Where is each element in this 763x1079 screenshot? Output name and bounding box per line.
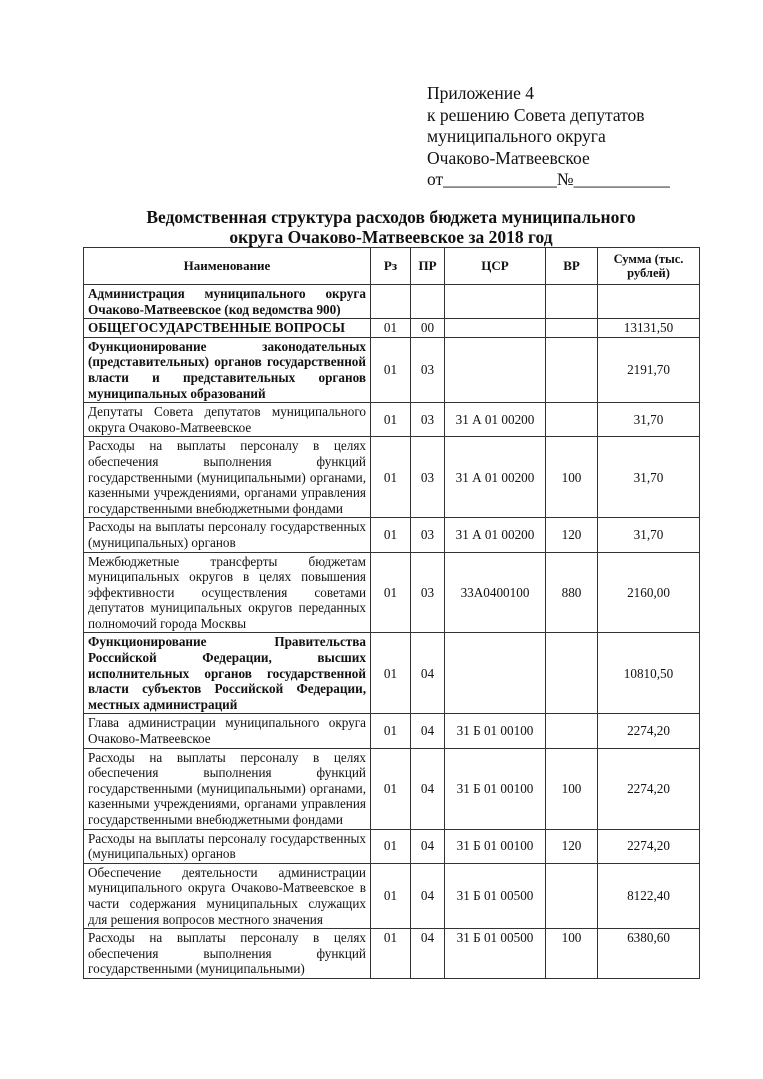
cell-sum: 13131,50 [598, 319, 700, 338]
cell-rz: 01 [371, 337, 411, 402]
appendix-line: к решению Совета депутатов [427, 105, 670, 127]
cell-rz: 01 [371, 714, 411, 748]
cell-pr: 04 [411, 714, 445, 748]
cell-rz: 01 [371, 863, 411, 928]
cell-name: Администрация муниципального округа Очак… [84, 285, 371, 319]
cell-pr: 04 [411, 829, 445, 863]
cell-sum [598, 285, 700, 319]
page-bottom-margin [0, 1038, 763, 1079]
cell-sum: 2160,00 [598, 552, 700, 633]
cell-vr [546, 285, 598, 319]
cell-rz: 01 [371, 829, 411, 863]
cell-vr [546, 633, 598, 714]
header-rz: Рз [371, 248, 411, 285]
cell-pr: 04 [411, 748, 445, 829]
cell-csr [445, 337, 546, 402]
table-row: ОБЩЕГОСУДАРСТВЕННЫЕ ВОПРОСЫ010013131,50 [84, 319, 700, 338]
cell-vr: 100 [546, 929, 598, 979]
cell-vr [546, 863, 598, 928]
cell-sum: 2274,20 [598, 829, 700, 863]
cell-sum: 8122,40 [598, 863, 700, 928]
cell-csr [445, 319, 546, 338]
document-title: Ведомственная структура расходов бюджета… [83, 207, 699, 247]
cell-rz: 01 [371, 929, 411, 979]
cell-rz [371, 285, 411, 319]
table-row: Межбюджетные трансферты бюджетам муницип… [84, 552, 700, 633]
cell-rz: 01 [371, 518, 411, 552]
cell-pr: 03 [411, 437, 445, 518]
cell-vr [546, 337, 598, 402]
cell-rz: 01 [371, 403, 411, 437]
table-row: Глава администрации муниципального округ… [84, 714, 700, 748]
cell-pr [411, 285, 445, 319]
table-header-row: Наименование Рз ПР ЦСР ВР Сумма (тыс. ру… [84, 248, 700, 285]
appendix-line: Очаково-Матвеевское [427, 148, 670, 170]
cell-vr [546, 403, 598, 437]
appendix-line: от_____________№___________ [427, 169, 670, 191]
cell-rz: 01 [371, 748, 411, 829]
cell-rz: 01 [371, 552, 411, 633]
cell-sum: 2274,20 [598, 748, 700, 829]
cell-csr: 31 Б 01 00100 [445, 714, 546, 748]
title-line-2: округа Очаково-Матвеевское за 2018 год [83, 227, 699, 247]
cell-sum: 2191,70 [598, 337, 700, 402]
budget-table: Наименование Рз ПР ЦСР ВР Сумма (тыс. ру… [83, 247, 700, 979]
table-row: Функционирование законодательных (предст… [84, 337, 700, 402]
cell-csr [445, 633, 546, 714]
cell-pr: 00 [411, 319, 445, 338]
table-row: Обеспечение деятельности администрации м… [84, 863, 700, 928]
cell-csr [445, 285, 546, 319]
cell-csr: 31 Б 01 00100 [445, 748, 546, 829]
cell-vr: 880 [546, 552, 598, 633]
cell-vr [546, 714, 598, 748]
cell-sum: 31,70 [598, 403, 700, 437]
cell-rz: 01 [371, 437, 411, 518]
cell-name: Функционирование Правительства Российско… [84, 633, 371, 714]
appendix-header: Приложение 4 к решению Совета депутатов … [427, 83, 670, 191]
cell-sum: 31,70 [598, 518, 700, 552]
header-vr: ВР [546, 248, 598, 285]
cell-name: ОБЩЕГОСУДАРСТВЕННЫЕ ВОПРОСЫ [84, 319, 371, 338]
cell-name: Депутаты Совета депутатов муниципального… [84, 403, 371, 437]
cell-name: Межбюджетные трансферты бюджетам муницип… [84, 552, 371, 633]
cell-csr: 31 А 01 00200 [445, 403, 546, 437]
appendix-line: муниципального округа [427, 126, 670, 148]
cell-csr: 31 Б 01 00500 [445, 929, 546, 979]
cell-csr: 33А0400100 [445, 552, 546, 633]
cell-vr: 100 [546, 437, 598, 518]
cell-rz: 01 [371, 319, 411, 338]
table-row: Функционирование Правительства Российско… [84, 633, 700, 714]
cell-csr: 31 Б 01 00100 [445, 829, 546, 863]
cell-pr: 03 [411, 518, 445, 552]
cell-csr: 31 Б 01 00500 [445, 863, 546, 928]
cell-pr: 03 [411, 552, 445, 633]
cell-vr [546, 319, 598, 338]
table-row: Расходы на выплаты персоналу в целях обе… [84, 929, 700, 979]
cell-vr: 120 [546, 518, 598, 552]
table-body: Администрация муниципального округа Очак… [84, 285, 700, 979]
cell-pr: 04 [411, 929, 445, 979]
cell-sum: 10810,50 [598, 633, 700, 714]
header-pr: ПР [411, 248, 445, 285]
cell-pr: 04 [411, 863, 445, 928]
cell-rz: 01 [371, 633, 411, 714]
table-row: Расходы на выплаты персоналу государстве… [84, 829, 700, 863]
cell-name: Функционирование законодательных (предст… [84, 337, 371, 402]
header-csr: ЦСР [445, 248, 546, 285]
table-row: Расходы на выплаты персоналу в целях обе… [84, 748, 700, 829]
cell-csr: 31 А 01 00200 [445, 437, 546, 518]
cell-sum: 31,70 [598, 437, 700, 518]
table-row: Расходы на выплаты персоналу в целях обе… [84, 437, 700, 518]
title-line-1: Ведомственная структура расходов бюджета… [83, 207, 699, 227]
cell-vr: 100 [546, 748, 598, 829]
cell-vr: 120 [546, 829, 598, 863]
header-name: Наименование [84, 248, 371, 285]
cell-pr: 04 [411, 633, 445, 714]
cell-pr: 03 [411, 403, 445, 437]
cell-pr: 03 [411, 337, 445, 402]
appendix-line: Приложение 4 [427, 83, 670, 105]
cell-sum: 6380,60 [598, 929, 700, 979]
cell-sum: 2274,20 [598, 714, 700, 748]
cell-name: Расходы на выплаты персоналу в целях обе… [84, 437, 371, 518]
cell-csr: 31 А 01 00200 [445, 518, 546, 552]
cell-name: Обеспечение деятельности администрации м… [84, 863, 371, 928]
table-row: Администрация муниципального округа Очак… [84, 285, 700, 319]
cell-name: Расходы на выплаты персоналу государстве… [84, 518, 371, 552]
table-row: Расходы на выплаты персоналу государстве… [84, 518, 700, 552]
cell-name: Расходы на выплаты персоналу в целях обе… [84, 929, 371, 979]
cell-name: Расходы на выплаты персоналу в целях обе… [84, 748, 371, 829]
header-sum: Сумма (тыс. рублей) [598, 248, 700, 285]
table-row: Депутаты Совета депутатов муниципального… [84, 403, 700, 437]
cell-name: Расходы на выплаты персоналу государстве… [84, 829, 371, 863]
cell-name: Глава администрации муниципального округ… [84, 714, 371, 748]
